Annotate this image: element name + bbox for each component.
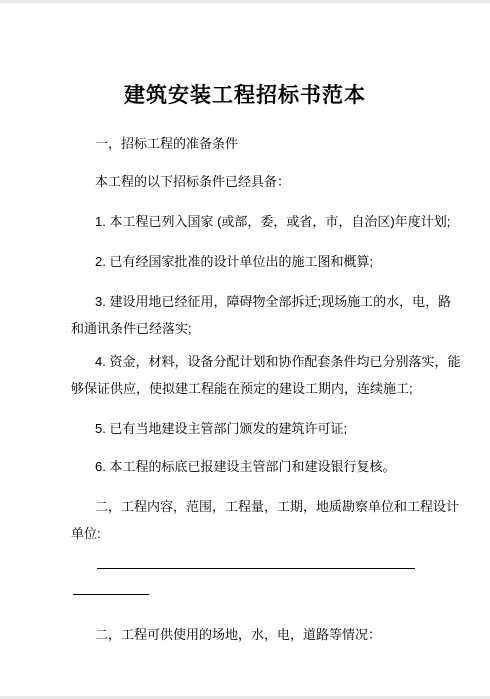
paragraph-line: 一，招标工程的准备条件 xyxy=(71,130,420,157)
paragraph-line: 本工程的以下招标条件已经具备： xyxy=(71,168,420,195)
paragraph-line: 5. 已有当地建设主管部门颁发的建筑许可证; xyxy=(71,415,420,442)
paragraph-line: 6. 本工程的标底已报建设主管部门和建设银行复核。 xyxy=(71,453,420,480)
paragraph-line: 二，工程内容，范围，工程量，工期，地质勘察单位和工程设计 xyxy=(71,493,420,520)
page-top-edge xyxy=(0,0,490,3)
fill-in-blank-line-short xyxy=(73,569,149,595)
paragraph-line: 单位: xyxy=(71,520,420,547)
fill-in-blank-line-long xyxy=(97,547,415,569)
paragraph-line: 2. 已有经国家批准的设计单位出的施工图和概算; xyxy=(71,248,420,275)
document-body: 一，招标工程的准备条件 本工程的以下招标条件已经具备： 1. 本工程已列入国家 … xyxy=(0,130,490,648)
paragraph-line: 和通讯条件已经落实; xyxy=(71,315,420,342)
paragraph-line: 够保证供应，使拟建工程能在预定的建设工期内，连续施工; xyxy=(71,375,420,402)
document-title: 建筑安装工程招标书范本 xyxy=(0,0,490,109)
paragraph-line: 3. 建设用地已经征用，障碍物全部拆迁;现场施工的水，电，路 xyxy=(71,288,420,315)
paragraph-line: 4. 资金，材料，设备分配计划和协作配套条件均已分别落实，能 xyxy=(71,348,420,375)
paragraph-line: 1. 本工程已列入国家 (或部，委，或省，市，自治区)年度计划; xyxy=(71,208,420,235)
document-page: 建筑安装工程招标书范本 一，招标工程的准备条件 本工程的以下招标条件已经具备： … xyxy=(0,0,490,699)
paragraph-line: 二，工程可供使用的场地，水，电，道路等情况： xyxy=(71,621,420,648)
